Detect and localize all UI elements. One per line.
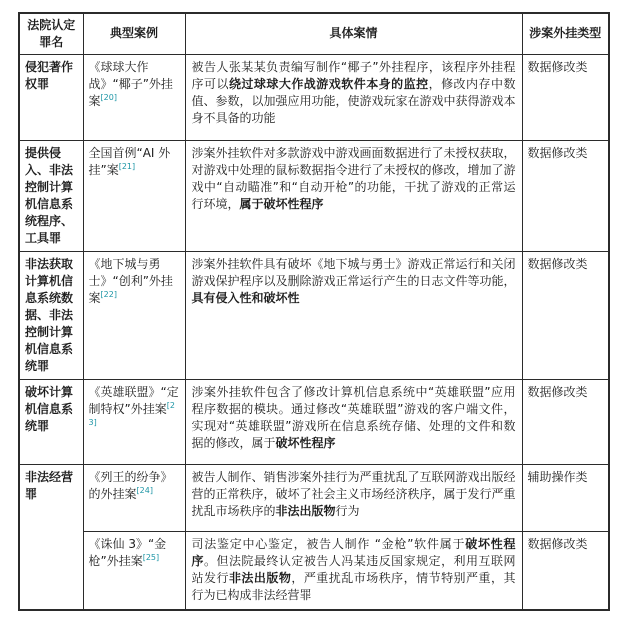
table-row: 提供侵入、非法控制计算机信息系统程序、工具罪 全国首例“AI 外挂”案[21] …	[19, 140, 609, 251]
case-cell: 《球球大作战》“椰子”外挂案[20]	[83, 54, 185, 140]
case-cell: 《诛仙 3》“金枪”外挂案[25]	[83, 531, 185, 610]
col-header-type: 涉案外挂类型	[522, 13, 609, 54]
case-name: 《英雄联盟》“定制特权”外挂案	[89, 385, 179, 416]
case-detail-segment: 破坏性程序	[276, 436, 336, 450]
case-detail-segment: 属于破坏性程序	[240, 197, 324, 211]
case-cell: 《地下城与勇士》“创利”外挂案[22]	[83, 251, 185, 379]
crime-cell: 侵犯著作权罪	[19, 54, 83, 140]
table-row: 侵犯著作权罪 《球球大作战》“椰子”外挂案[20] 被告人张某某负责编写制作“椰…	[19, 54, 609, 140]
crime-cell: 非法获取计算机信息系统数据、非法控制计算机信息系统罪	[19, 251, 83, 379]
case-detail-segment: 行为	[336, 504, 360, 518]
case-detail-segment: 非法出版物	[276, 504, 336, 518]
table-row: 非法经营罪 《列王的纷争》的外挂案[24] 被告人制作、销售涉案外挂行为严重扰乱…	[19, 464, 609, 531]
table-row: 破坏计算机信息系统罪 《英雄联盟》“定制特权”外挂案[23] 涉案外挂软件包含了…	[19, 379, 609, 464]
cheat-type-cell: 数据修改类	[522, 379, 609, 464]
case-details-cell: 涉案外挂软件对多款游戏中游戏画面数据进行了未授权获取，对游戏中处理的鼠标数据指令…	[185, 140, 522, 251]
crime-cell: 非法经营罪	[19, 464, 83, 610]
cheat-type-cell: 辅助操作类	[522, 464, 609, 531]
document-page: 法院认定罪名 典型案例 具体案情 涉案外挂类型 侵犯著作权罪 《球球大作战》“椰…	[0, 0, 625, 625]
case-details-cell: 涉案外挂软件具有破坏《地下城与勇士》游戏正常运行和关闭游戏保护程序以及删除游戏正…	[185, 251, 522, 379]
case-details-cell: 被告人制作、销售涉案外挂行为严重扰乱了互联网游戏出版经营的正常秩序，破坏了社会主…	[185, 464, 522, 531]
crime-cell: 提供侵入、非法控制计算机信息系统程序、工具罪	[19, 140, 83, 251]
header-row: 法院认定罪名 典型案例 具体案情 涉案外挂类型	[19, 13, 609, 54]
case-detail-segment: 涉案外挂软件包含了修改计算机信息系统中“英雄联盟”应用程序数据的模块。通过修改“…	[192, 385, 516, 450]
crime-cell: 破坏计算机信息系统罪	[19, 379, 83, 464]
case-details-cell: 被告人张某某负责编写制作“椰子”外挂程序，该程序外挂程序可以绕过球球大作战游戏软…	[185, 54, 522, 140]
cheat-type-cell: 数据修改类	[522, 531, 609, 610]
cheat-type-cell: 数据修改类	[522, 140, 609, 251]
case-name: 《列王的纷争》的外挂案	[89, 470, 173, 501]
cheat-type-cell: 数据修改类	[522, 54, 609, 140]
footnote-ref[interactable]: [20]	[101, 93, 117, 102]
case-cell: 全国首例“AI 外挂”案[21]	[83, 140, 185, 251]
case-detail-segment: 非法出版物	[229, 571, 291, 585]
case-details-cell: 司法鉴定中心鉴定，被告人制作 “金枪”软件属于破坏性程序。但法院最终认定被告人冯…	[185, 531, 522, 610]
case-detail-segment: 司法鉴定中心鉴定，被告人制作 “金枪”软件属于	[192, 537, 466, 551]
col-header-crime: 法院认定罪名	[19, 13, 83, 54]
case-detail-segment: 绕过球球大作战游戏软件本身的监控	[229, 77, 429, 91]
cheat-cases-table: 法院认定罪名 典型案例 具体案情 涉案外挂类型 侵犯著作权罪 《球球大作战》“椰…	[18, 12, 610, 611]
case-detail-segment: 涉案外挂软件具有破坏《地下城与勇士》游戏正常运行和关闭游戏保护程序以及删除游戏正…	[192, 257, 516, 288]
footnote-ref[interactable]: [25]	[143, 553, 159, 562]
col-header-case: 典型案例	[83, 13, 185, 54]
table-row: 非法获取计算机信息系统数据、非法控制计算机信息系统罪 《地下城与勇士》“创利”外…	[19, 251, 609, 379]
cheat-type-cell: 数据修改类	[522, 251, 609, 379]
footnote-ref[interactable]: [21]	[119, 162, 135, 171]
footnote-ref[interactable]: [24]	[137, 486, 153, 495]
footnote-ref[interactable]: [22]	[101, 290, 117, 299]
case-details-cell: 涉案外挂软件包含了修改计算机信息系统中“英雄联盟”应用程序数据的模块。通过修改“…	[185, 379, 522, 464]
case-cell: 《英雄联盟》“定制特权”外挂案[23]	[83, 379, 185, 464]
case-cell: 《列王的纷争》的外挂案[24]	[83, 464, 185, 531]
table-row: 《诛仙 3》“金枪”外挂案[25] 司法鉴定中心鉴定，被告人制作 “金枪”软件属…	[19, 531, 609, 610]
case-detail-segment: 具有侵入性和破坏性	[192, 291, 300, 305]
col-header-details: 具体案情	[185, 13, 522, 54]
